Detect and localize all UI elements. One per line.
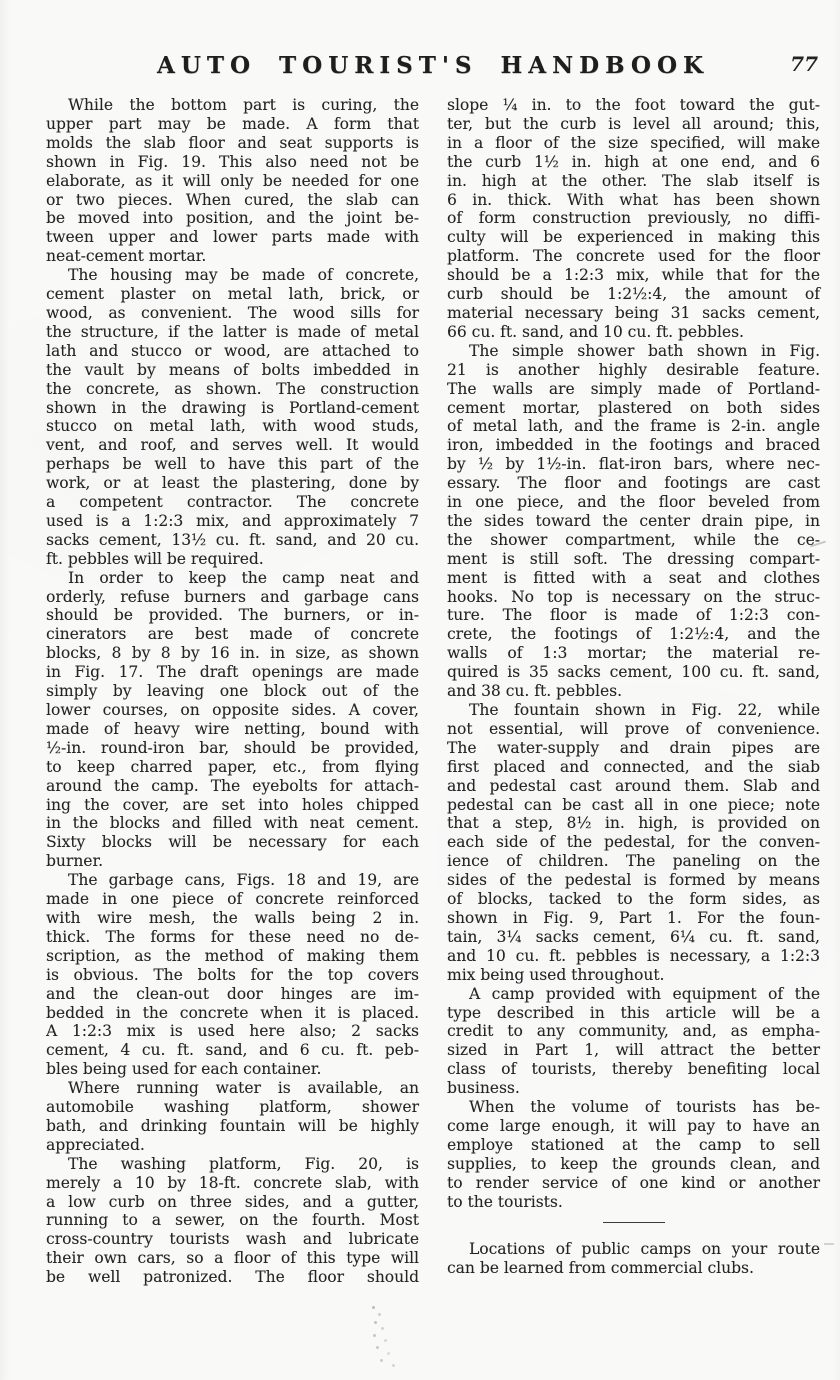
text-line: pedestal can be cast all in one piece; n…: [447, 796, 820, 815]
text-line: of metal lath, and the frame is 2-in. an…: [447, 417, 820, 436]
text-line: the shower compartment, while the ce-: [447, 531, 820, 550]
text-line: shown in Fig. 9, Part 1. For the foun-: [447, 909, 820, 928]
text-line: the concrete, as shown. The construction: [46, 380, 419, 399]
text-line: can be learned from commercial clubs.: [447, 1259, 820, 1278]
paragraph: In order to keep the camp neat andorderl…: [46, 569, 419, 872]
text-line: cinerators are best made of concrete: [46, 625, 419, 644]
text-line: ment is fitted with a seat and clothes: [447, 569, 820, 588]
text-line: business.: [447, 1079, 820, 1098]
text-line: in. high at the other. The slab itself i…: [447, 172, 820, 191]
text-line: walls of 1:3 mortar; the material re-: [447, 644, 820, 663]
paragraph: Where running water is available, anauto…: [46, 1079, 419, 1155]
text-line: crete, the footings of 1:2½:4, and the: [447, 625, 820, 644]
text-line: tween upper and lower parts made with: [46, 228, 419, 247]
text-line: thick. The forms for these need no de-: [46, 928, 419, 947]
text-line: in one piece, and the floor beveled from: [447, 493, 820, 512]
text-line: the curb 1½ in. high at one end, and 6: [447, 153, 820, 172]
text-line: sides of the pedestal is formed by means: [447, 871, 820, 890]
text-line: quired is 35 sacks cement, 100 cu. ft. s…: [447, 663, 820, 682]
text-line: should be a 1:2:3 mix, while that for th…: [447, 266, 820, 285]
paragraph: The housing may be made of concrete,ceme…: [46, 266, 419, 569]
text-line: lath and stucco or wood, are attached to: [46, 342, 419, 361]
text-line: first placed and connected, and the siab: [447, 758, 820, 777]
text-line: automobile washing platform, shower: [46, 1098, 419, 1117]
text-line: come large enough, it will pay to have a…: [447, 1117, 820, 1136]
text-line: ment is still soft. The dressing compart…: [447, 550, 820, 569]
text-line: elaborate, as it will only be needed for…: [46, 172, 419, 191]
text-line: ience of children. The paneling on the: [447, 852, 820, 871]
paragraph: The fountain shown in Fig. 22, whilenot …: [447, 701, 820, 985]
text-line: shown in the drawing is Portland-cement: [46, 399, 419, 418]
text-line: burner.: [46, 852, 419, 871]
text-line: in a floor of the size specified, will m…: [447, 134, 820, 153]
text-line: employe stationed at the camp to sell: [447, 1136, 820, 1155]
section-divider-rule: [603, 1222, 665, 1223]
text-line: blocks, 8 by 8 by 16 in. in size, as sho…: [46, 644, 419, 663]
text-line: the structure, if the latter is made of …: [46, 323, 419, 342]
text-line: and 10 cu. ft. pebbles is necessary, a 1…: [447, 947, 820, 966]
text-line: in Fig. 17. The draft openings are made: [46, 663, 419, 682]
text-line: ½-in. round-iron bar, should be provided…: [46, 739, 419, 758]
text-line: made in one piece of concrete reinforced: [46, 890, 419, 909]
text-line: slope ¼ in. to the foot toward the gut-: [447, 96, 820, 115]
column-left: While the bottom part is curing, theuppe…: [46, 96, 419, 1287]
text-line: ing the cover, are set into holes chippe…: [46, 796, 419, 815]
paragraph: When the volume of tourists has be-come …: [447, 1098, 820, 1211]
text-line: cement plaster on metal lath, brick, or: [46, 285, 419, 304]
text-line: the vault by means of bolts imbedded in: [46, 361, 419, 380]
text-line: work, or at least the plastering, done b…: [46, 474, 419, 493]
text-line: of form construction previously, no diff…: [447, 209, 820, 228]
text-line: stucco on metal lath, with wood studs,: [46, 417, 419, 436]
text-line: tain, 3¼ sacks cement, 6¼ cu. ft. sand,: [447, 928, 820, 947]
text-line: ft. pebbles will be required.: [46, 550, 419, 569]
text-line: cement, 4 cu. ft. sand, and 6 cu. ft. pe…: [46, 1041, 419, 1060]
text-line: to keep charred paper, etc., from flying: [46, 758, 419, 777]
text-line: bles being used for each container.: [46, 1060, 419, 1079]
text-line: The water-supply and drain pipes are: [447, 739, 820, 758]
text-line: hooks. No top is necessary on the struc-: [447, 588, 820, 607]
text-line: credit to any community, and, as empha-: [447, 1022, 820, 1041]
text-line: The garbage cans, Figs. 18 and 19, are: [46, 871, 419, 890]
text-line: made of heavy wire netting, bound with: [46, 720, 419, 739]
paragraph: While the bottom part is curing, theuppe…: [46, 96, 419, 266]
paragraph: The simple shower bath shown in Fig.21 i…: [447, 342, 820, 701]
text-line: and the clean-out door hinges are im-: [46, 985, 419, 1004]
paragraph: slope ¼ in. to the foot toward the gut-t…: [447, 96, 820, 342]
text-line: that a step, 8½ in. high, is provided on: [447, 814, 820, 833]
text-line: is obvious. The bolts for the top covers: [46, 966, 419, 985]
text-line: When the volume of tourists has be-: [447, 1098, 820, 1117]
text-line: Sixty blocks will be necessary for each: [46, 833, 419, 852]
text-line: by ½ by 1½-in. flat-iron bars, where nec…: [447, 455, 820, 474]
text-line: running to a sewer, on the fourth. Most: [46, 1211, 419, 1230]
text-line: shown in Fig. 19. This also need not be: [46, 153, 419, 172]
text-line: used is a 1:2:3 mix, and approximately 7: [46, 512, 419, 531]
book-title: AUTO TOURIST'S HANDBOOK: [46, 52, 820, 79]
text-line: 21 is another highly desirable feature.: [447, 361, 820, 380]
text-line: curb should be 1:2½:4, the amount of: [447, 285, 820, 304]
text-line: Where running water is available, an: [46, 1079, 419, 1098]
text-line: not essential, will prove of convenience…: [447, 720, 820, 739]
text-line: molds the slab floor and seat supports i…: [46, 134, 419, 153]
paragraph: The garbage cans, Figs. 18 and 19, arema…: [46, 871, 419, 1079]
text-line: to render service of one kind or another: [447, 1174, 820, 1193]
text-line: with wire mesh, the walls being 2 in.: [46, 909, 419, 928]
text-line: merely a 10 by 18-ft. concrete slab, wit…: [46, 1174, 419, 1193]
scan-artifact-edge-mark: [824, 1243, 834, 1245]
page-number: 77: [790, 52, 818, 76]
text-line: orderly, refuse burners and garbage cans: [46, 588, 419, 607]
text-line: wood, as convenient. The wood sills for: [46, 304, 419, 323]
text-line: or two pieces. When cured, the slab can: [46, 191, 419, 210]
text-line: 6 in. thick. With what has been shown: [447, 191, 820, 210]
text-line: a low curb on three sides, and a gutter,: [46, 1193, 419, 1212]
text-line: essary. The floor and footings are cast: [447, 474, 820, 493]
text-line: The walls are simply made of Portland-: [447, 380, 820, 399]
text-line: type described in this article will be a: [447, 1004, 820, 1023]
text-line: in the blocks and filled with neat cemen…: [46, 814, 419, 833]
text-line: around the camp. The eyebolts for attach…: [46, 777, 419, 796]
scan-noise-speckles: [372, 1306, 375, 1309]
text-line: cross-country tourists wash and lubricat…: [46, 1230, 419, 1249]
text-line: each side of the pedestal, for the conve…: [447, 833, 820, 852]
paragraph: The washing platform, Fig. 20, ismerely …: [46, 1155, 419, 1287]
text-line: class of tourists, thereby benefiting lo…: [447, 1060, 820, 1079]
text-line: scription, as the method of making them: [46, 947, 419, 966]
text-line: A camp provided with equipment of the: [447, 985, 820, 1004]
text-line: The fountain shown in Fig. 22, while: [447, 701, 820, 720]
text-line: culty will be experienced in making this: [447, 228, 820, 247]
page-header: AUTO TOURIST'S HANDBOOK 77: [0, 0, 840, 80]
text-line: to the tourists.: [447, 1193, 820, 1212]
text-line: material necessary being 31 sacks cement…: [447, 304, 820, 323]
text-line: the sides toward the center drain pipe, …: [447, 512, 820, 531]
text-line: vent, and roof, and serves well. It woul…: [46, 436, 419, 455]
text-line: A 1:2:3 mix is used here also; 2 sacks: [46, 1022, 419, 1041]
text-line: appreciated.: [46, 1136, 419, 1155]
paragraph: Locations of public camps on your routec…: [447, 1240, 820, 1278]
text-line: sized in Part 1, will attract the better: [447, 1041, 820, 1060]
text-line: neat-cement mortar.: [46, 247, 419, 266]
text-line: iron, imbedded in the footings and brace…: [447, 436, 820, 455]
text-line: 66 cu. ft. sand, and 10 cu. ft. pebbles.: [447, 323, 820, 342]
text-line: their own cars, so a floor of this type …: [46, 1249, 419, 1268]
text-line: bath, and drinking fountain will be high…: [46, 1117, 419, 1136]
text-line: and 38 cu. ft. pebbles.: [447, 682, 820, 701]
text-line: Locations of public camps on your route: [447, 1240, 820, 1259]
two-column-text: While the bottom part is curing, theuppe…: [0, 80, 840, 1287]
paragraph: A camp provided with equipment of thetyp…: [447, 985, 820, 1098]
book-page: AUTO TOURIST'S HANDBOOK 77 While the bot…: [0, 0, 840, 1380]
text-line: simply by leaving one block out of the: [46, 682, 419, 701]
text-line: be moved into position, and the joint be…: [46, 209, 419, 228]
text-line: sacks cement, 13½ cu. ft. sand, and 20 c…: [46, 531, 419, 550]
text-line: and pedestal cast around them. Slab and: [447, 777, 820, 796]
text-line: While the bottom part is curing, the: [46, 96, 419, 115]
text-line: perhaps be well to have this part of the: [46, 455, 419, 474]
text-line: ture. The floor is made of 1:2:3 con-: [447, 606, 820, 625]
text-line: cement mortar, plastered on both sides: [447, 399, 820, 418]
text-line: supplies, to keep the grounds clean, and: [447, 1155, 820, 1174]
text-line: lower courses, on opposite sides. A cove…: [46, 701, 419, 720]
text-line: mix being used throughout.: [447, 966, 820, 985]
text-line: The housing may be made of concrete,: [46, 266, 419, 285]
text-line: The washing platform, Fig. 20, is: [46, 1155, 419, 1174]
text-line: a competent contractor. The concrete: [46, 493, 419, 512]
text-line: upper part may be made. A form that: [46, 115, 419, 134]
text-line: platform. The concrete used for the floo…: [447, 247, 820, 266]
column-right: slope ¼ in. to the foot toward the gut-t…: [447, 96, 820, 1287]
text-line: should be provided. The burners, or in-: [46, 606, 419, 625]
text-line: of blocks, tacked to the form sides, as: [447, 890, 820, 909]
text-line: The simple shower bath shown in Fig.: [447, 342, 820, 361]
text-line: ter, but the curb is level all around; t…: [447, 115, 820, 134]
text-line: bedded in the concrete when it is placed…: [46, 1004, 419, 1023]
text-line: In order to keep the camp neat and: [46, 569, 419, 588]
text-line: be well patronized. The floor should: [46, 1268, 419, 1287]
